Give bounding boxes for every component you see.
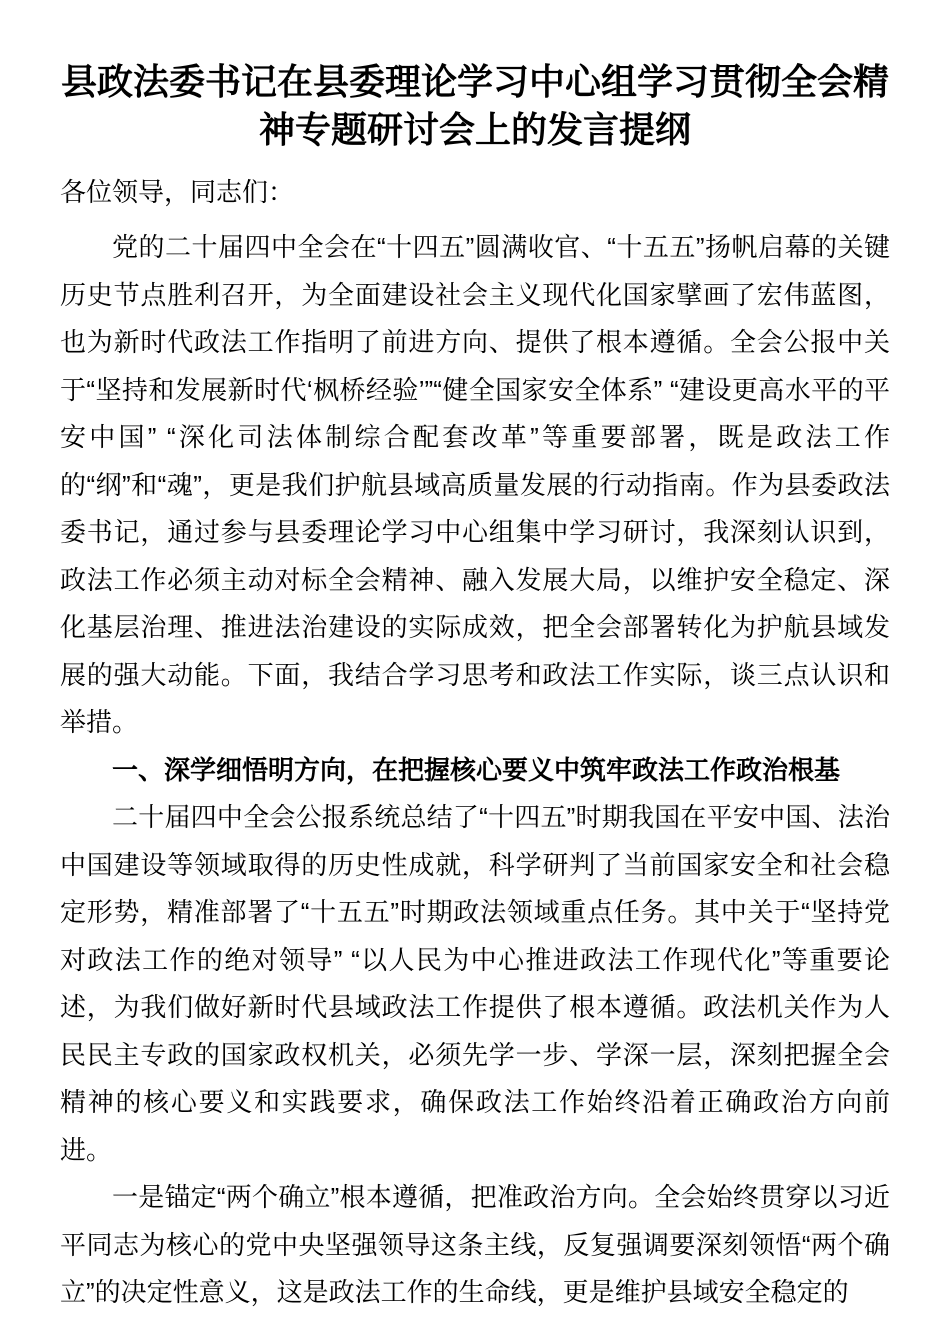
paragraph-intro: 党的二十届四中全会在“十四五”圆满收官、“十五五”扬帆启幕的关键历史节点胜利召开… — [60, 224, 890, 747]
paragraph-point-1: 一是锚定“两个确立”根本遵循，把准政治方向。全会始终贯穿以习近平同志为核心的党中… — [60, 1174, 890, 1317]
section-heading-1: 一、深学细悟明方向，在把握核心要义中筑牢政法工作政治根基 — [60, 747, 890, 795]
document-title: 县政法委书记在县委理论学习中心组学习贯彻全会精神专题研讨会上的发言提纲 — [60, 58, 890, 154]
paragraph-section-1-body: 二十届四中全会公报系统总结了“十四五”时期我国在平安中国、法治中国建设等领域取得… — [60, 794, 890, 1174]
document-page: 县政法委书记在县委理论学习中心组学习贯彻全会精神专题研讨会上的发言提纲 各位领导… — [0, 0, 950, 1344]
salutation-line: 各位领导，同志们： — [60, 168, 890, 216]
